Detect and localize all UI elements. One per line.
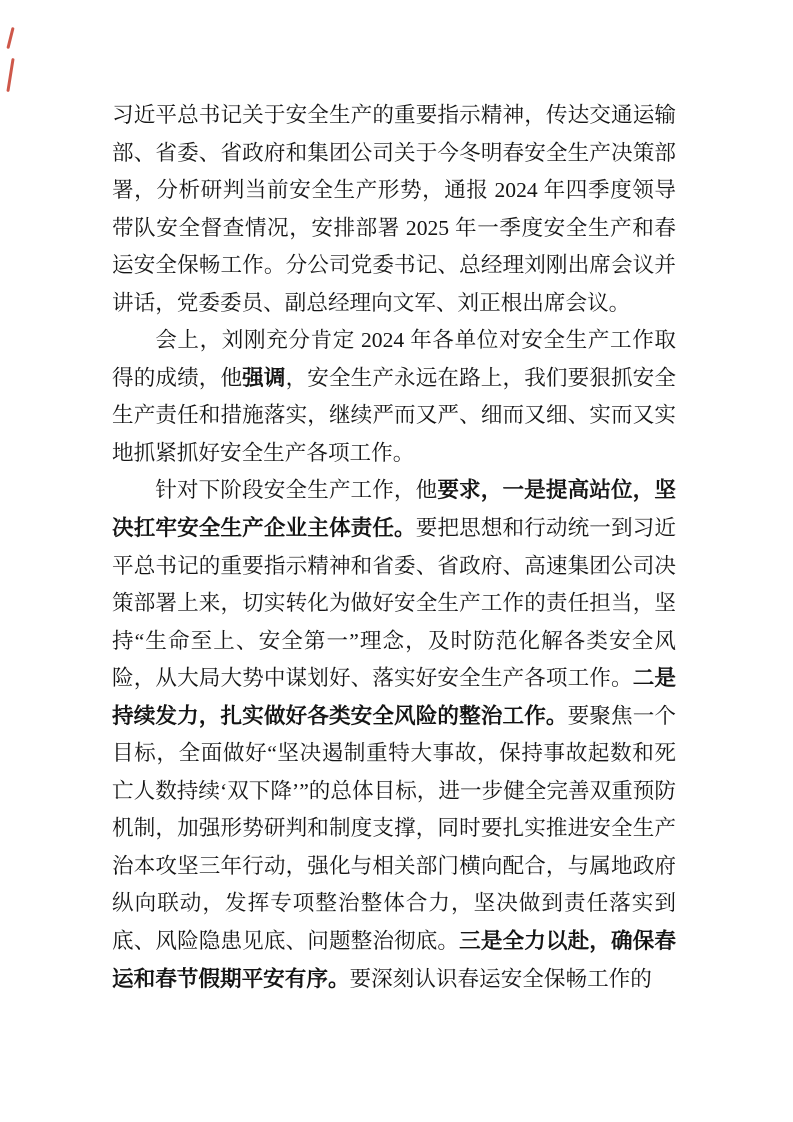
text-run: 习近平总书记关于安全生产的重要指示精神，传达交通运输部、省委、省政府和集团公司关… (112, 103, 676, 315)
text-run: 要把思想和行动统一到习近平总书记的重要指示精神和省委、省政府、高速集团公司决策部… (112, 516, 676, 690)
paragraph: 针对下阶段安全生产工作，他要求，一是提高站位，坚决扛牢安全生产企业主体责任。要把… (112, 472, 676, 998)
paragraph: 会上，刘刚充分肯定 2024 年各单位对安全生产工作取得的成绩，他强调，安全生产… (112, 322, 676, 472)
document-page: 习近平总书记关于安全生产的重要指示精神，传达交通运输部、省委、省政府和集团公司关… (0, 0, 793, 1122)
document-body: 习近平总书记关于安全生产的重要指示精神，传达交通运输部、省委、省政府和集团公司关… (112, 97, 676, 998)
red-ink-stroke (6, 27, 14, 49)
text-run: 针对下阶段安全生产工作，他 (155, 478, 437, 502)
paragraph: 习近平总书记关于安全生产的重要指示精神，传达交通运输部、省委、省政府和集团公司关… (112, 97, 676, 322)
red-ink-marks (0, 0, 30, 110)
text-run: 要深刻认识春运安全保畅工作的 (350, 967, 652, 991)
emphasis-text-run: 强调 (242, 366, 285, 390)
text-run: 要聚焦一个目标，全面做好“坚决遏制重特大事故，保持事故起数和死亡人数持续‘双下降… (112, 704, 676, 953)
red-ink-stroke (6, 58, 14, 92)
